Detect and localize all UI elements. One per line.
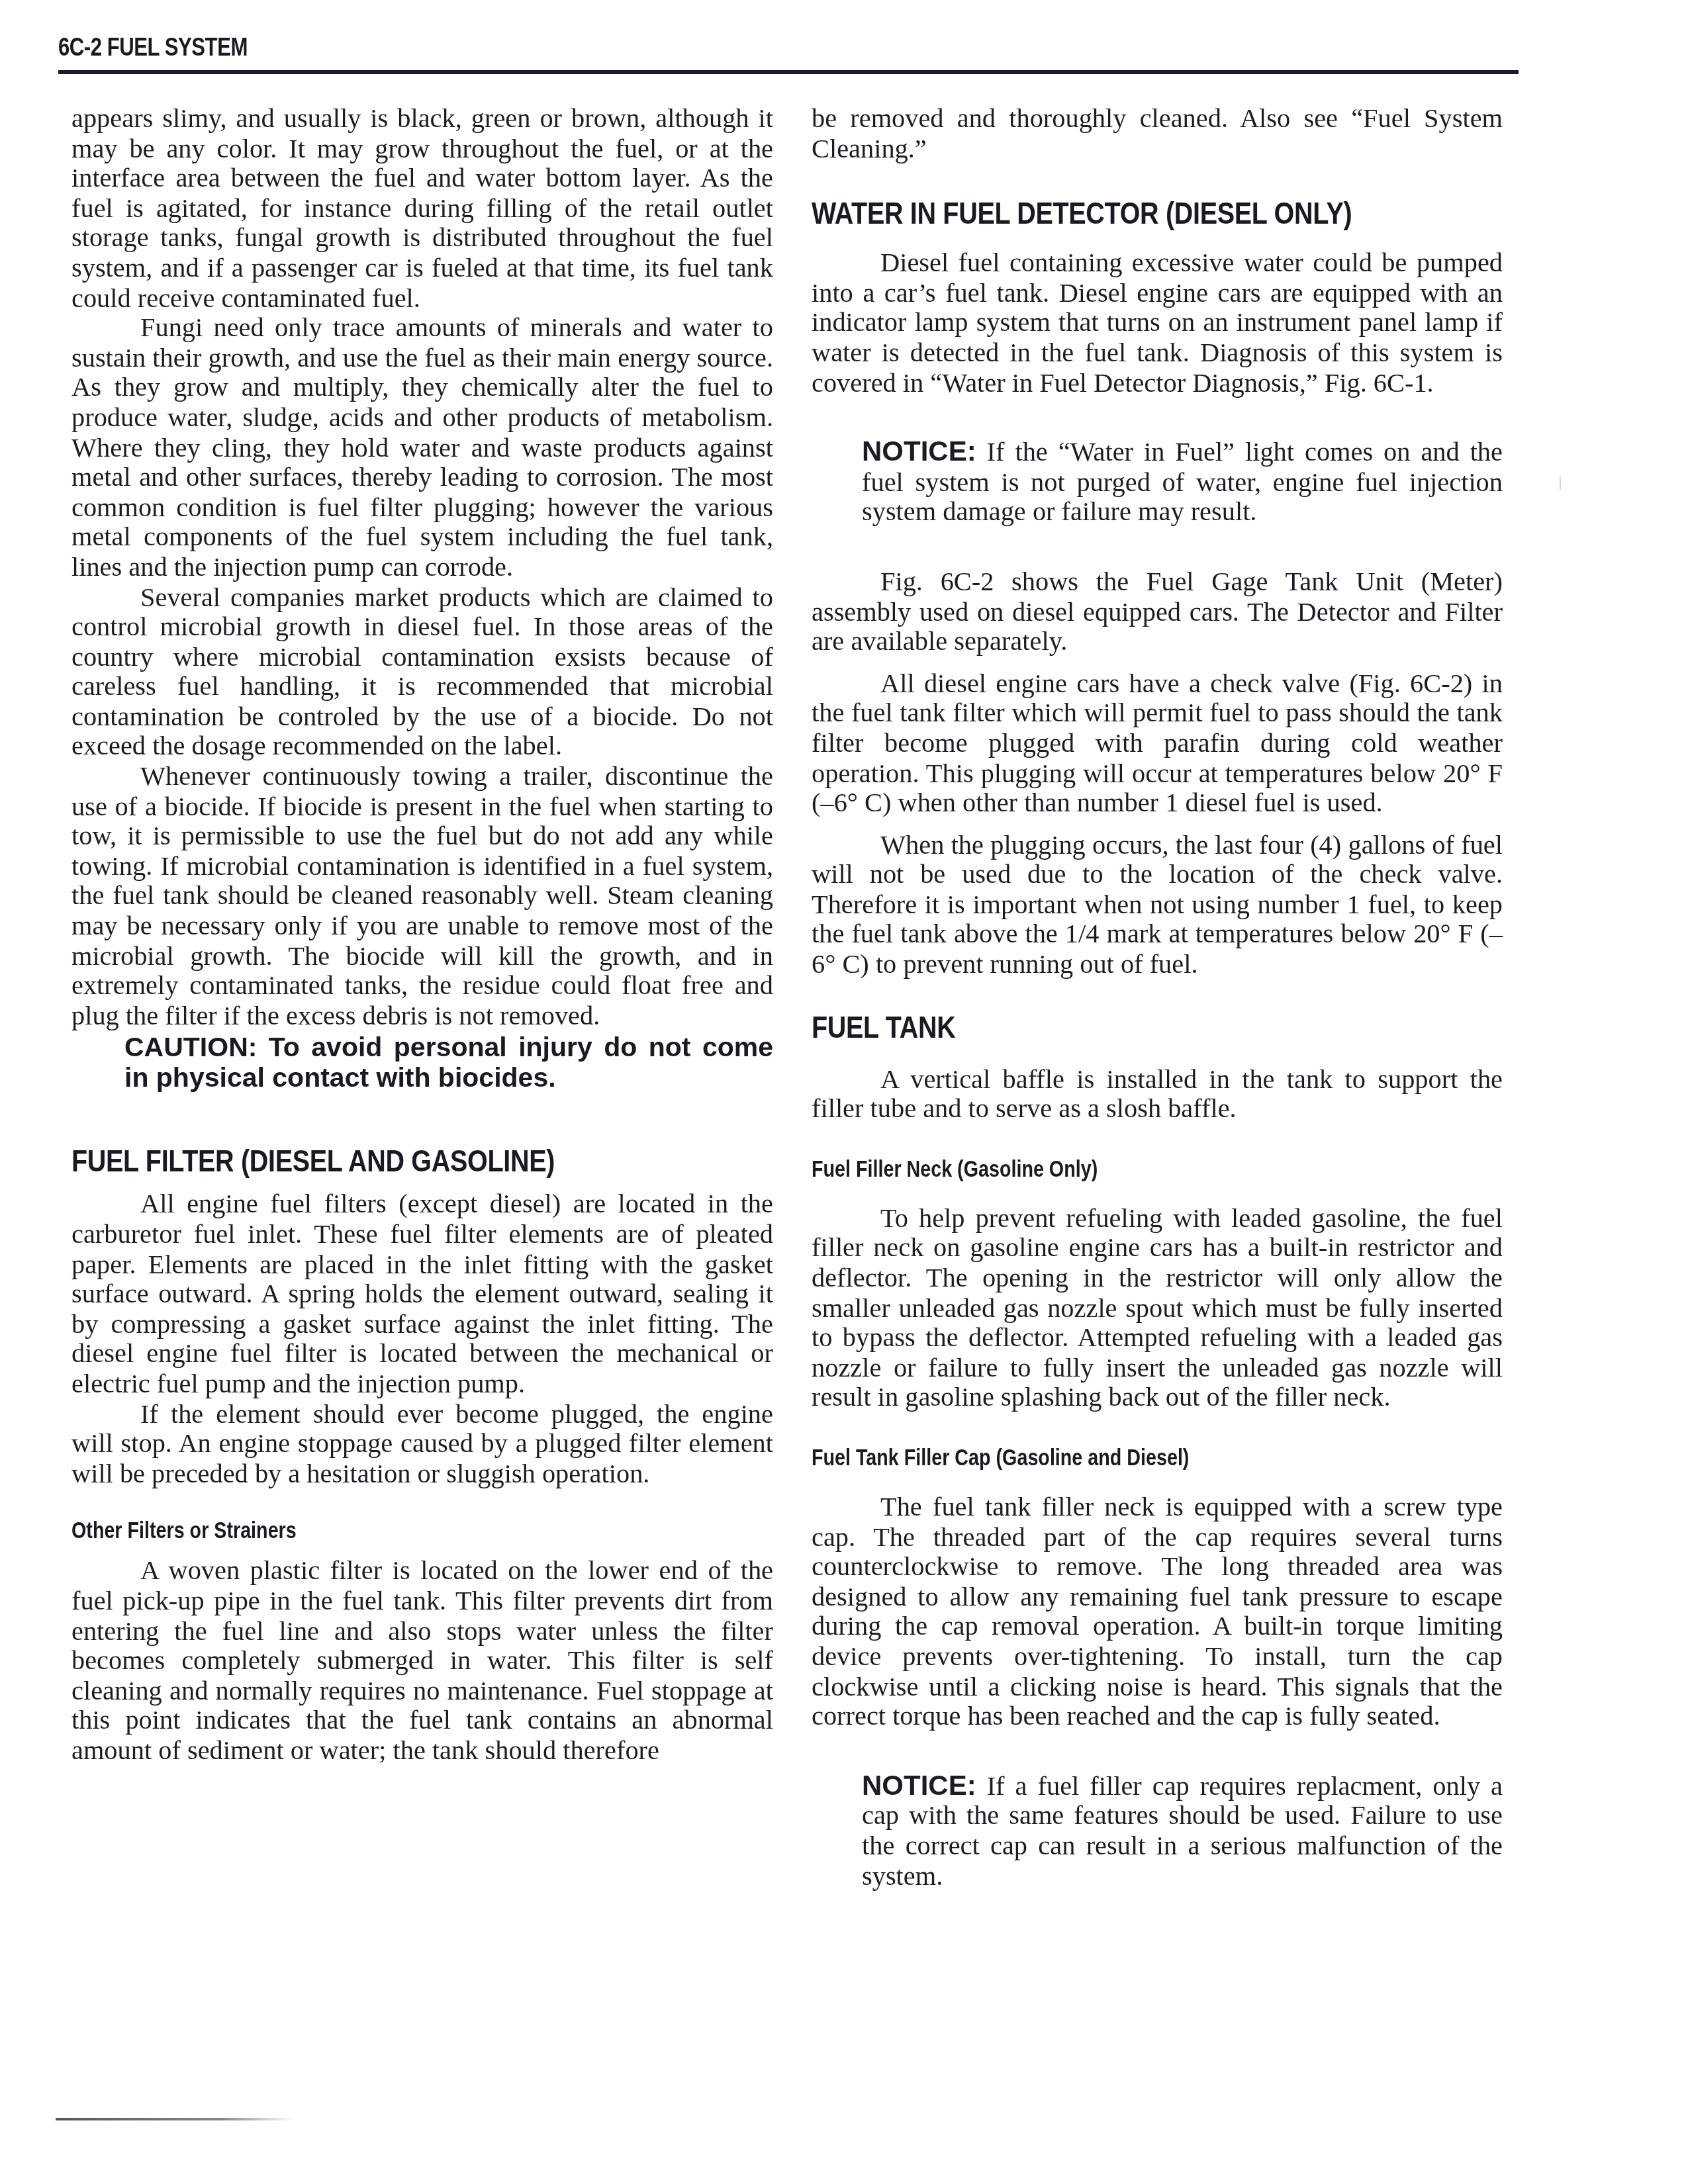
subheading-filler-neck: Fuel Filler Neck (Gasoline Only) bbox=[812, 1154, 1378, 1183]
paragraph: Fungi need only trace amounts of mineral… bbox=[71, 314, 773, 583]
paragraph: Diesel fuel containing excessive water c… bbox=[812, 249, 1503, 398]
paragraph: be removed and thoroughly cleaned. Also … bbox=[812, 105, 1503, 164]
section-heading-fuel-filter: FUEL FILTER (DIESEL AND GASOLINE) bbox=[71, 1144, 675, 1179]
notice-label: NOTICE: bbox=[862, 1771, 976, 1801]
paragraph: When the plugging occurs, the last four … bbox=[812, 831, 1503, 980]
paragraph: To help prevent refueling with leaded ga… bbox=[812, 1205, 1503, 1414]
header-rule bbox=[58, 70, 1519, 74]
manual-page: 6C-2 FUEL SYSTEM appears slimy, and usua… bbox=[0, 0, 1688, 2184]
paragraph: A woven plastic filter is located on the… bbox=[71, 1557, 773, 1766]
paragraph: Several companies market products which … bbox=[71, 583, 773, 762]
section-heading-water-detector: WATER IN FUEL DETECTOR (DIESEL ONLY) bbox=[812, 196, 1406, 230]
notice-label: NOTICE: bbox=[862, 437, 976, 467]
paragraph: All engine fuel filters (except diesel) … bbox=[71, 1191, 773, 1400]
caution-block: CAUTION: To avoid personal injury do not… bbox=[124, 1034, 773, 1094]
subheading-filler-cap: Fuel Tank Filler Cap (Gasoline and Diese… bbox=[812, 1443, 1378, 1472]
paragraph: If the element should ever become plugge… bbox=[71, 1400, 773, 1490]
footer-smudge-line bbox=[56, 2118, 294, 2120]
running-head: 6C-2 FUEL SYSTEM bbox=[58, 34, 248, 64]
paragraph: Fig. 6C-2 shows the Fuel Gage Tank Unit … bbox=[812, 568, 1503, 658]
scan-mark bbox=[1560, 477, 1561, 490]
paragraph: A vertical baffle is installed in the ta… bbox=[812, 1065, 1503, 1124]
section-heading-fuel-tank: FUEL TANK bbox=[812, 1009, 1406, 1044]
paragraph: The fuel tank filler neck is equipped wi… bbox=[812, 1493, 1503, 1733]
left-column: appears slimy, and usually is black, gre… bbox=[71, 105, 773, 1766]
notice-block: NOTICE: If a fuel filler cap requires re… bbox=[862, 1772, 1503, 1892]
right-column: be removed and thoroughly cleaned. Also … bbox=[812, 105, 1503, 1891]
paragraph: Whenever continuously towing a trailer, … bbox=[71, 762, 773, 1032]
paragraph: All diesel engine cars have a check valv… bbox=[812, 669, 1503, 819]
subheading-other-filters: Other Filters or Strainers bbox=[71, 1516, 647, 1545]
paragraph: appears slimy, and usually is black, gre… bbox=[71, 105, 773, 314]
notice-block: NOTICE: If the “Water in Fuel” light com… bbox=[862, 438, 1503, 528]
